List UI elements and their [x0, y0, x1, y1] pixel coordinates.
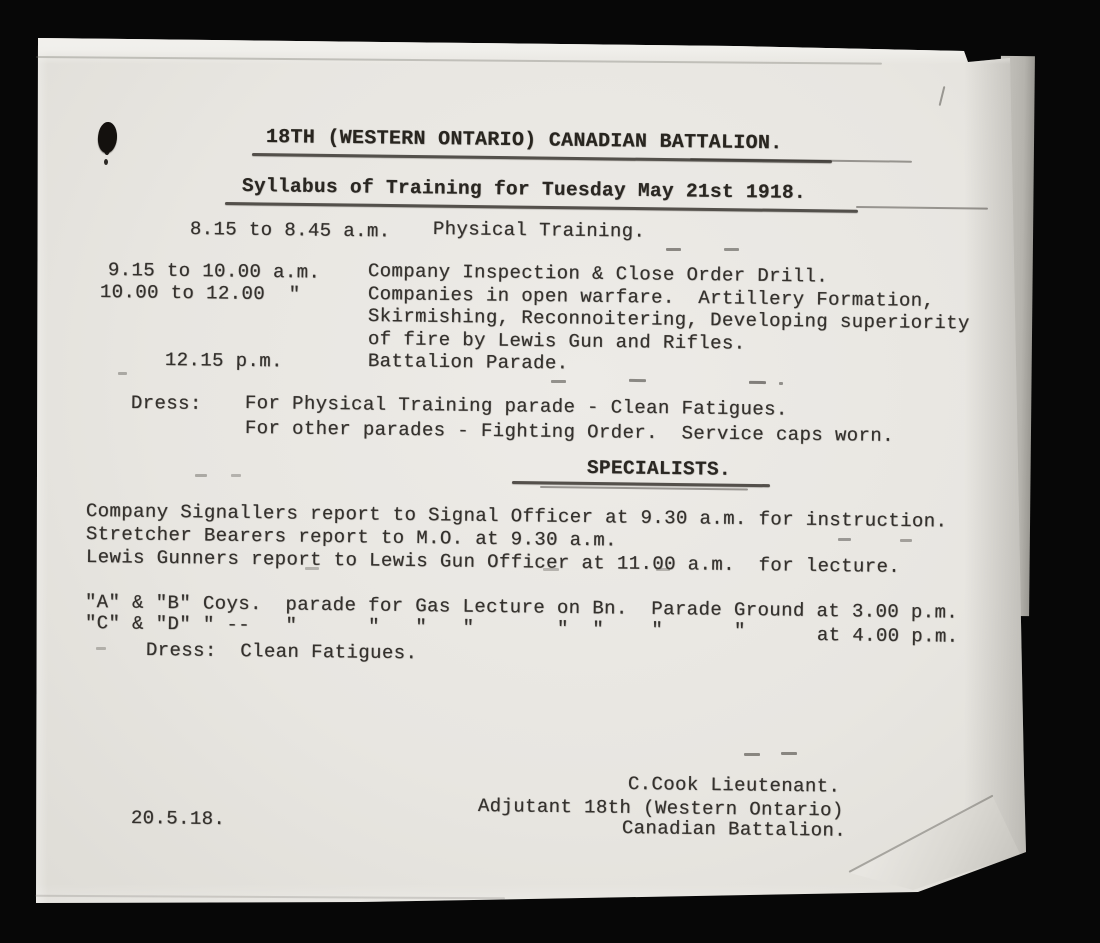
ink-speck — [104, 159, 108, 165]
schedule-activity: Physical Training. — [433, 219, 646, 242]
schedule-time: 12.15 p.m. — [165, 350, 283, 372]
typewriter-smudge — [724, 248, 739, 251]
typewriter-smudge — [551, 380, 566, 383]
typewriter-smudge — [629, 379, 646, 382]
typewriter-smudge — [543, 568, 559, 571]
schedule-time: 8.15 to 8.45 a.m. — [190, 219, 391, 242]
typewriter-smudge — [96, 647, 106, 650]
specialists-heading: SPECIALISTS. — [587, 458, 731, 481]
paper-sheet — [34, 30, 1034, 910]
signature-unit-line: Canadian Battalion. — [622, 818, 846, 842]
gas-parade-line-b-time: at 4.00 p.m. — [817, 625, 959, 648]
schedule-time: 10.00 to 12.00 " — [100, 282, 301, 305]
typewriter-smudge — [305, 567, 319, 570]
date-stamp: 20.5.18. — [131, 808, 226, 830]
schedule-time: 9.15 to 10.00 a.m. — [108, 260, 321, 283]
typewriter-smudge — [118, 372, 127, 375]
gas-parade-dress-line: Dress: Clean Fatigues. — [146, 640, 418, 664]
scanned-document-background: { "colors": { "background": "#070707", "… — [0, 0, 1100, 943]
typewriter-smudge — [838, 538, 851, 541]
typewriter-smudge — [781, 752, 797, 755]
typewriter-smudge — [666, 248, 681, 251]
typewriter-smudge — [656, 568, 670, 571]
typewriter-smudge — [900, 539, 912, 542]
dress-label: Dress: — [131, 393, 202, 415]
typewriter-smudge — [744, 753, 760, 756]
typewriter-smudge — [195, 474, 207, 477]
typewriter-smudge — [749, 381, 766, 384]
typewriter-smudge — [779, 382, 783, 385]
typewriter-smudge — [231, 474, 241, 477]
signature-name-line: C.Cook Lieutenant. — [628, 774, 841, 797]
schedule-activity: Battalion Parade. — [368, 351, 569, 374]
